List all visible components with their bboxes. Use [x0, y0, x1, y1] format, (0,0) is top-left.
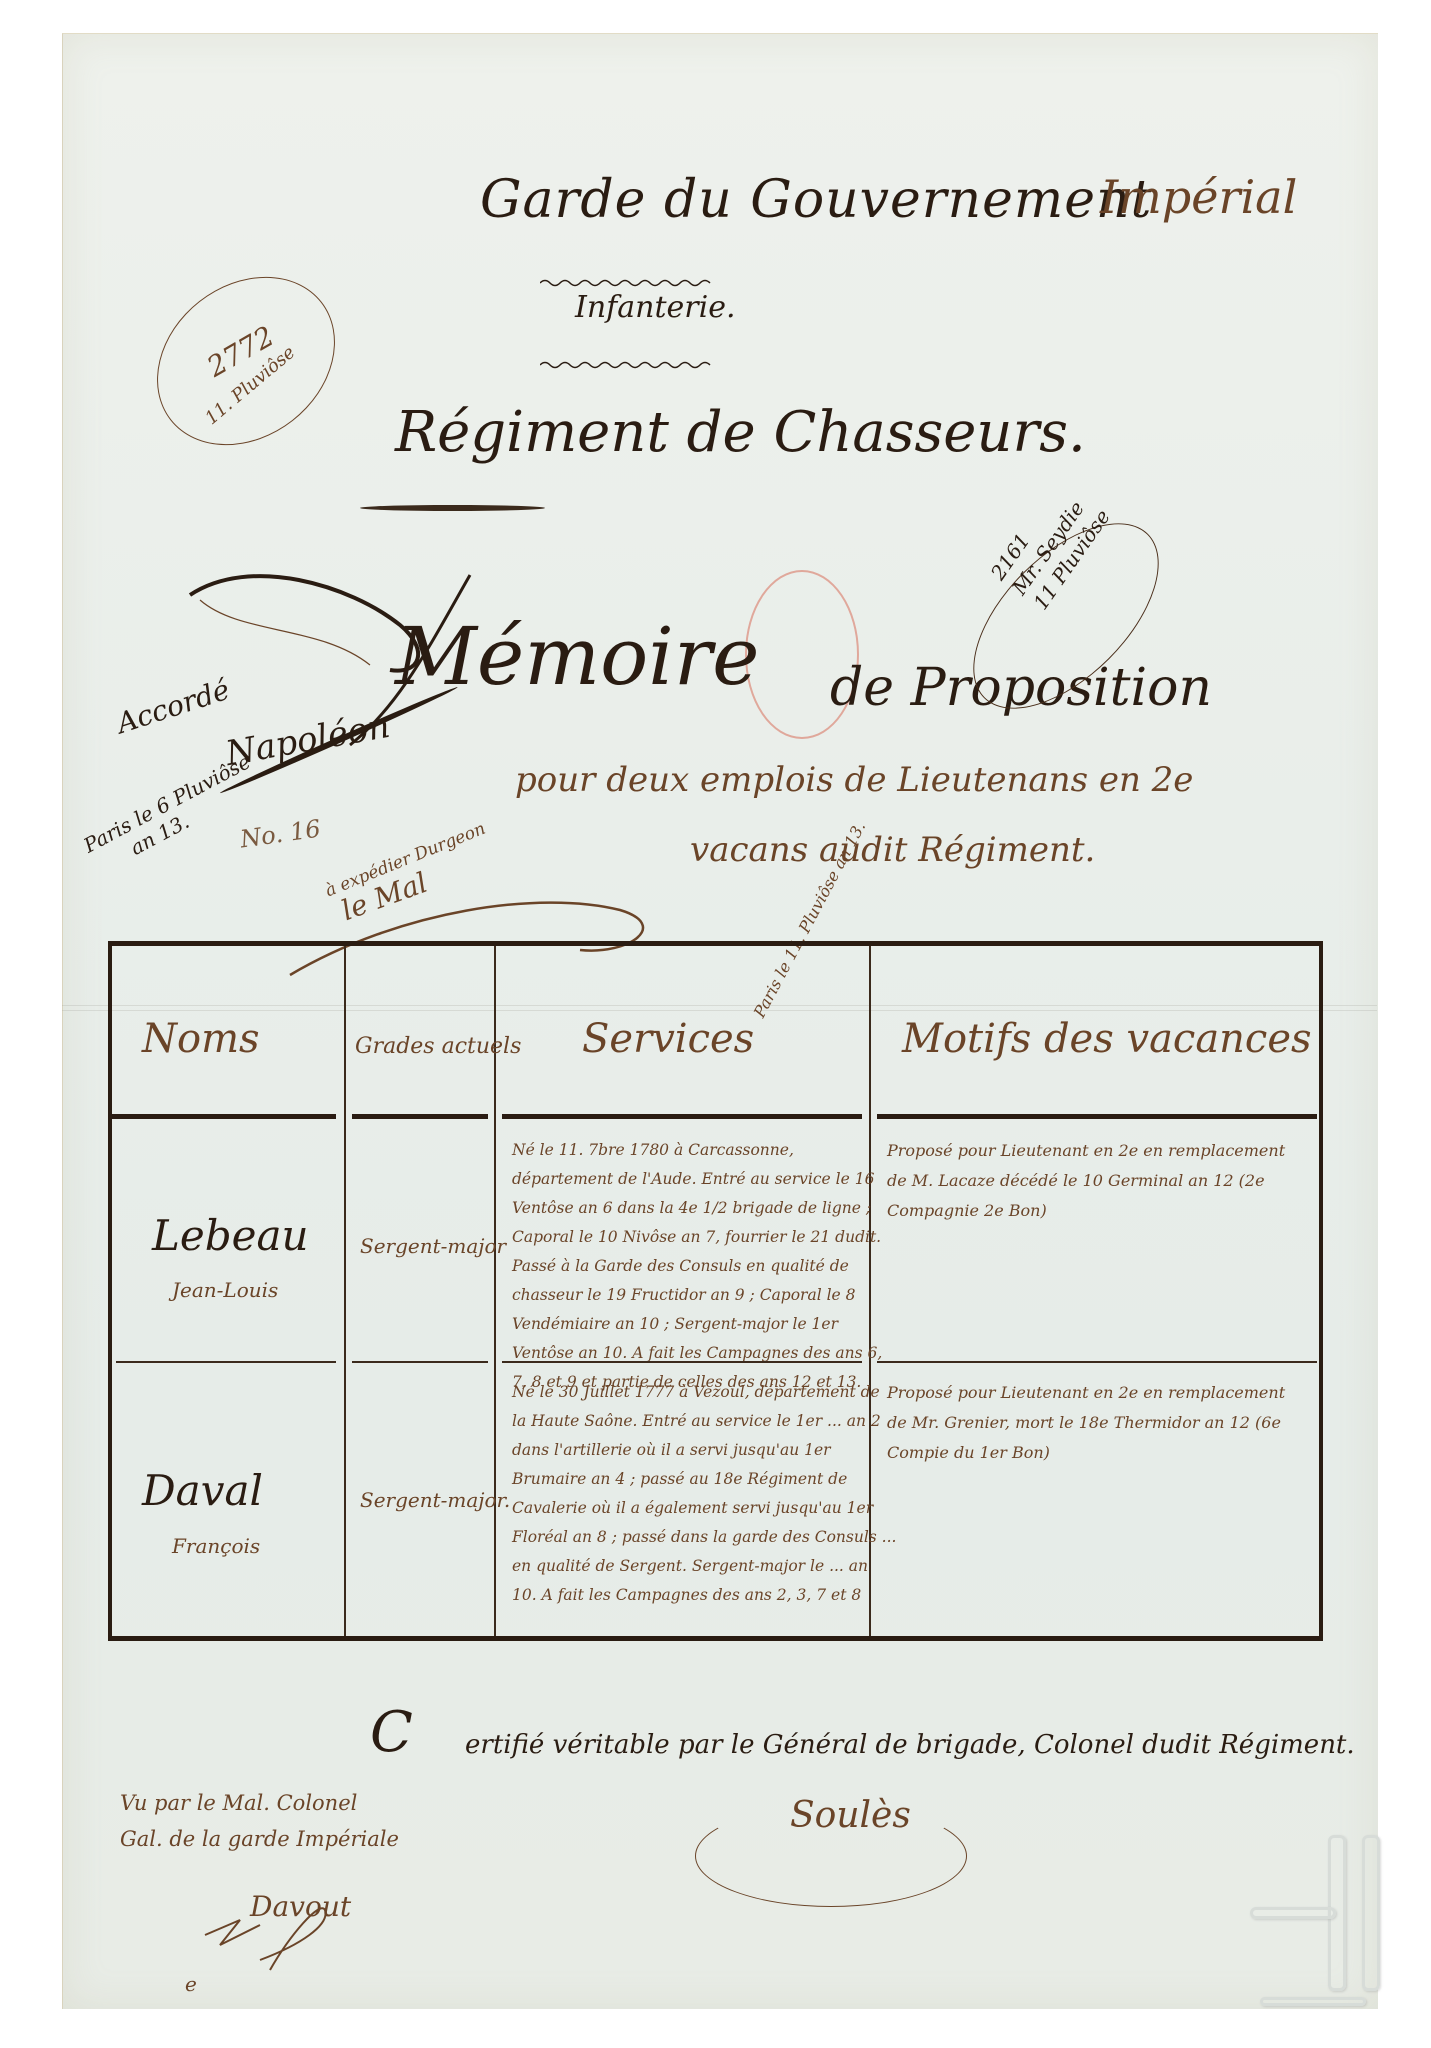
wavy-divider: [540, 360, 715, 370]
row-separator: [502, 1361, 862, 1363]
certification-text: ertifié véritable par le Général de brig…: [465, 1730, 1355, 1760]
subtitle-line-2: vacans audit Régiment.: [690, 830, 1095, 870]
subtitle-line-1: pour deux emplois de Lieutenans en 2e: [515, 760, 1193, 800]
embossed-watermark: [1320, 1835, 1420, 2005]
header-separator: [352, 1114, 488, 1119]
services-text: Né le 11. 7bre 1780 à Carcassonne, dépar…: [512, 1136, 897, 1397]
endorsement-line-1: Vu par le Mal. Colonel: [120, 1785, 399, 1821]
header-motifs: Motifs des vacances: [902, 1016, 1312, 1062]
wavy-divider: [540, 278, 715, 288]
header-separator: [877, 1114, 1317, 1119]
tapered-rule: [360, 505, 545, 511]
motif-text: Proposé pour Lieutenant en 2e en remplac…: [887, 1378, 1307, 1468]
surname: Daval: [142, 1466, 263, 1515]
given-names: François: [172, 1534, 260, 1558]
header-separator: [502, 1114, 862, 1119]
colonel-signature: Soulès: [790, 1795, 911, 1836]
header-line-1-addition: Impérial: [1100, 170, 1297, 224]
motif-text: Proposé pour Lieutenant en 2e en remplac…: [887, 1136, 1307, 1226]
header-separator: [112, 1114, 336, 1119]
header-services: Services: [582, 1016, 754, 1062]
header-grades: Grades actuels: [355, 1034, 521, 1059]
header-line-1: Garde du Gouvernement: [480, 170, 1152, 230]
endorsement-note: Vu par le Mal. Colonel Gal. de la garde …: [120, 1785, 399, 1857]
mark-symbol: e: [185, 1972, 197, 1996]
grade: Sergent-major: [360, 1234, 506, 1258]
given-names: Jean-Louis: [172, 1278, 278, 1302]
grade: Sergent-major.: [360, 1488, 510, 1512]
header-line-3: Régiment de Chasseurs.: [395, 400, 1086, 465]
row-separator: [877, 1361, 1317, 1363]
watermark-bar: [1362, 1835, 1380, 1991]
signature-flourish: [200, 1895, 340, 1975]
surname: Lebeau: [152, 1211, 309, 1260]
watermark-bar: [1260, 1997, 1366, 2006]
row-separator: [352, 1361, 488, 1363]
row-separator: [116, 1361, 336, 1363]
services-text: Né le 30 Juillet 1777 à Vezoul, départem…: [512, 1378, 897, 1610]
watermark-bar: [1250, 1907, 1336, 1919]
endorsement-line-2: Gal. de la garde Impériale: [120, 1821, 399, 1857]
header-names: Noms: [142, 1016, 260, 1062]
header-line-2: Infanterie.: [575, 290, 736, 325]
column-divider: [344, 946, 346, 1636]
proposition-table: Noms Grades actuels Services Motifs des …: [108, 941, 1323, 1641]
certification-initial: C: [370, 1700, 413, 1765]
